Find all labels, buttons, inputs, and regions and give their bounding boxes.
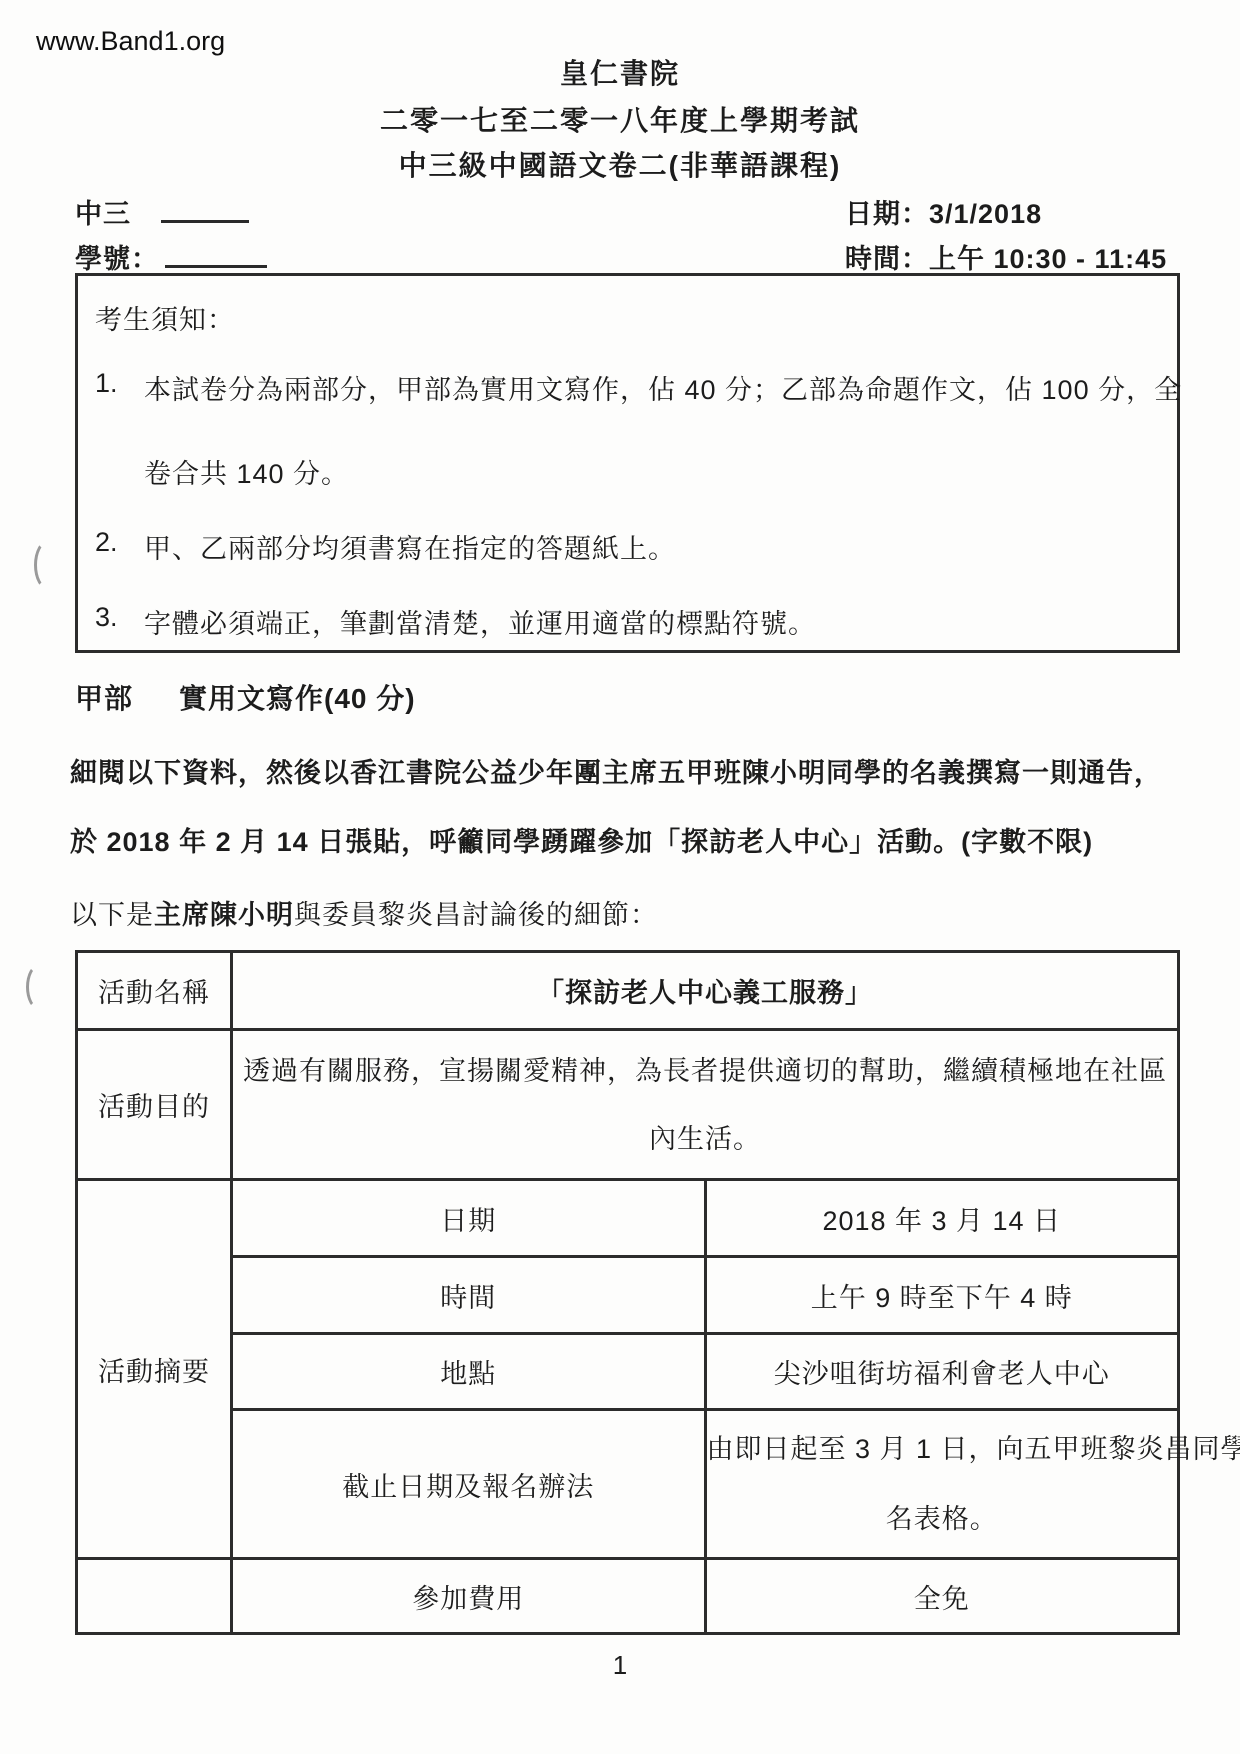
candidate-notes-box: 考生須知： 1. 本試卷分為兩部分，甲部為實用文寫作，佔 40 分；乙部為命題作… <box>75 273 1180 653</box>
venue-row-label-cell: 地點 <box>232 1334 706 1410</box>
scan-artifact <box>26 964 52 1010</box>
instruction-line-2: 於 2018 年 2 月 14 日張貼，呼籲同學踴躍參加「探訪老人中心」活動。(… <box>70 820 1190 859</box>
time-value: 上午 10:30 - 11:45 <box>929 244 1167 274</box>
details-intro-line: 以下是主席陳小明與委員黎炎昌討論後的細節： <box>70 893 658 932</box>
paper-title: 中三級中國語文卷二(非華語課程) <box>0 144 1240 184</box>
section-part-label: 甲部 <box>75 683 133 714</box>
activity-purpose-value-cell: 透過有關服務，宣揚關愛精神，為長者提供適切的幫助，繼續積極地在社區 內生活。 <box>232 1030 1179 1180</box>
school-name: 皇仁書院 <box>0 52 1240 92</box>
date-field: 日期：3/1/2018 <box>845 192 1042 231</box>
time-field: 時間：上午 10:30 - 11:45 <box>845 237 1167 276</box>
class-label: 中三 <box>75 199 131 229</box>
table-row: 活動名稱 「探訪老人中心義工服務」 <box>77 952 1179 1030</box>
page-number: 1 <box>0 1650 1240 1681</box>
activity-purpose-label-cell: 活動目的 <box>77 1030 232 1180</box>
date-row-value-cell: 2018 年 3 月 14 日 <box>705 1180 1179 1257</box>
table-row: 活動摘要 日期 2018 年 3 月 14 日 <box>77 1180 1179 1257</box>
notice-item-line: 字體必須端正，筆劃當清楚，並運用適當的標點符號。 <box>144 602 816 641</box>
notice-item-line: 本試卷分為兩部分，甲部為實用文寫作，佔 40 分；乙部為命題作文，佔 100 分… <box>144 368 1182 407</box>
notice-item-line: 甲、乙兩部分均須書寫在指定的答題紙上。 <box>144 527 676 566</box>
deadline-row-label-cell: 截止日期及報名辦法 <box>232 1410 706 1559</box>
exam-paper-page: www.Band1.org 皇仁書院 二零一七至二零一八年度上學期考試 中三級中… <box>0 0 1240 1754</box>
deadline-row-value-cell: 由即日起至 3 月 1 日，向五甲班黎炎昌同學索取報 名表格。 <box>705 1410 1179 1559</box>
notice-item-number: 2. <box>95 527 118 558</box>
notice-title: 考生須知： <box>95 298 235 337</box>
fee-row-label-cell: 參加費用 <box>232 1559 706 1634</box>
table-row: 截止日期及報名辦法 由即日起至 3 月 1 日，向五甲班黎炎昌同學索取報 名表格… <box>77 1410 1179 1559</box>
purpose-line: 透過有關服務，宣揚關愛精神，為長者提供適切的幫助，繼續積極地在社區 <box>233 1037 1177 1105</box>
notice-item-number: 1. <box>95 368 118 399</box>
table-row: 時間 上午 9 時至下午 4 時 <box>77 1257 1179 1334</box>
student-id-field: 學號： <box>75 237 267 276</box>
details-suffix: 與委員黎炎昌討論後的細節： <box>294 900 658 930</box>
student-id-label: 學號： <box>75 244 159 274</box>
venue-row-value-cell: 尖沙咀街坊福利會老人中心 <box>705 1334 1179 1410</box>
date-label: 日期： <box>845 199 929 229</box>
activity-details-table: 活動名稱 「探訪老人中心義工服務」 活動目的 透過有關服務，宣揚關愛精神，為長者… <box>75 950 1180 1635</box>
notice-item-line: 卷合共 140 分。 <box>144 452 349 491</box>
student-id-blank-line <box>165 239 267 268</box>
deadline-line: 名表格。 <box>707 1484 1178 1554</box>
time-row-label-cell: 時間 <box>232 1257 706 1334</box>
section-part-title: 實用文寫作(40 分) <box>179 677 416 717</box>
empty-corner-cell <box>77 1559 232 1634</box>
purpose-line: 內生活。 <box>233 1105 1177 1173</box>
activity-name-value-cell: 「探訪老人中心義工服務」 <box>232 952 1179 1030</box>
notice-item-number: 3. <box>95 602 118 633</box>
deadline-line: 由即日起至 3 月 1 日，向五甲班黎炎昌同學索取報 <box>707 1414 1178 1484</box>
table-row: 參加費用 全免 <box>77 1559 1179 1634</box>
time-row-value-cell: 上午 9 時至下午 4 時 <box>705 1257 1179 1334</box>
details-chairman-name: 主席陳小明 <box>154 900 294 930</box>
exam-session-title: 二零一七至二零一八年度上學期考試 <box>0 99 1240 139</box>
section-a-heading: 甲部實用文寫作(40 分) <box>75 677 416 717</box>
instruction-line-1: 細閱以下資料，然後以香江書院公益少年團主席五甲班陳小明同學的名義撰寫一則通告， <box>70 751 1190 790</box>
activity-summary-label-cell: 活動摘要 <box>77 1180 232 1559</box>
class-field: 中三 <box>75 192 249 231</box>
class-blank-line <box>161 194 249 223</box>
date-row-label-cell: 日期 <box>232 1180 706 1257</box>
time-label: 時間： <box>845 244 929 274</box>
fee-row-value-cell: 全免 <box>705 1559 1179 1634</box>
details-prefix: 以下是 <box>70 900 154 930</box>
activity-name-label-cell: 活動名稱 <box>77 952 232 1030</box>
table-row: 地點 尖沙咀街坊福利會老人中心 <box>77 1334 1179 1410</box>
scan-artifact <box>34 540 62 590</box>
table-row: 活動目的 透過有關服務，宣揚關愛精神，為長者提供適切的幫助，繼續積極地在社區 內… <box>77 1030 1179 1180</box>
date-value: 3/1/2018 <box>929 199 1042 229</box>
